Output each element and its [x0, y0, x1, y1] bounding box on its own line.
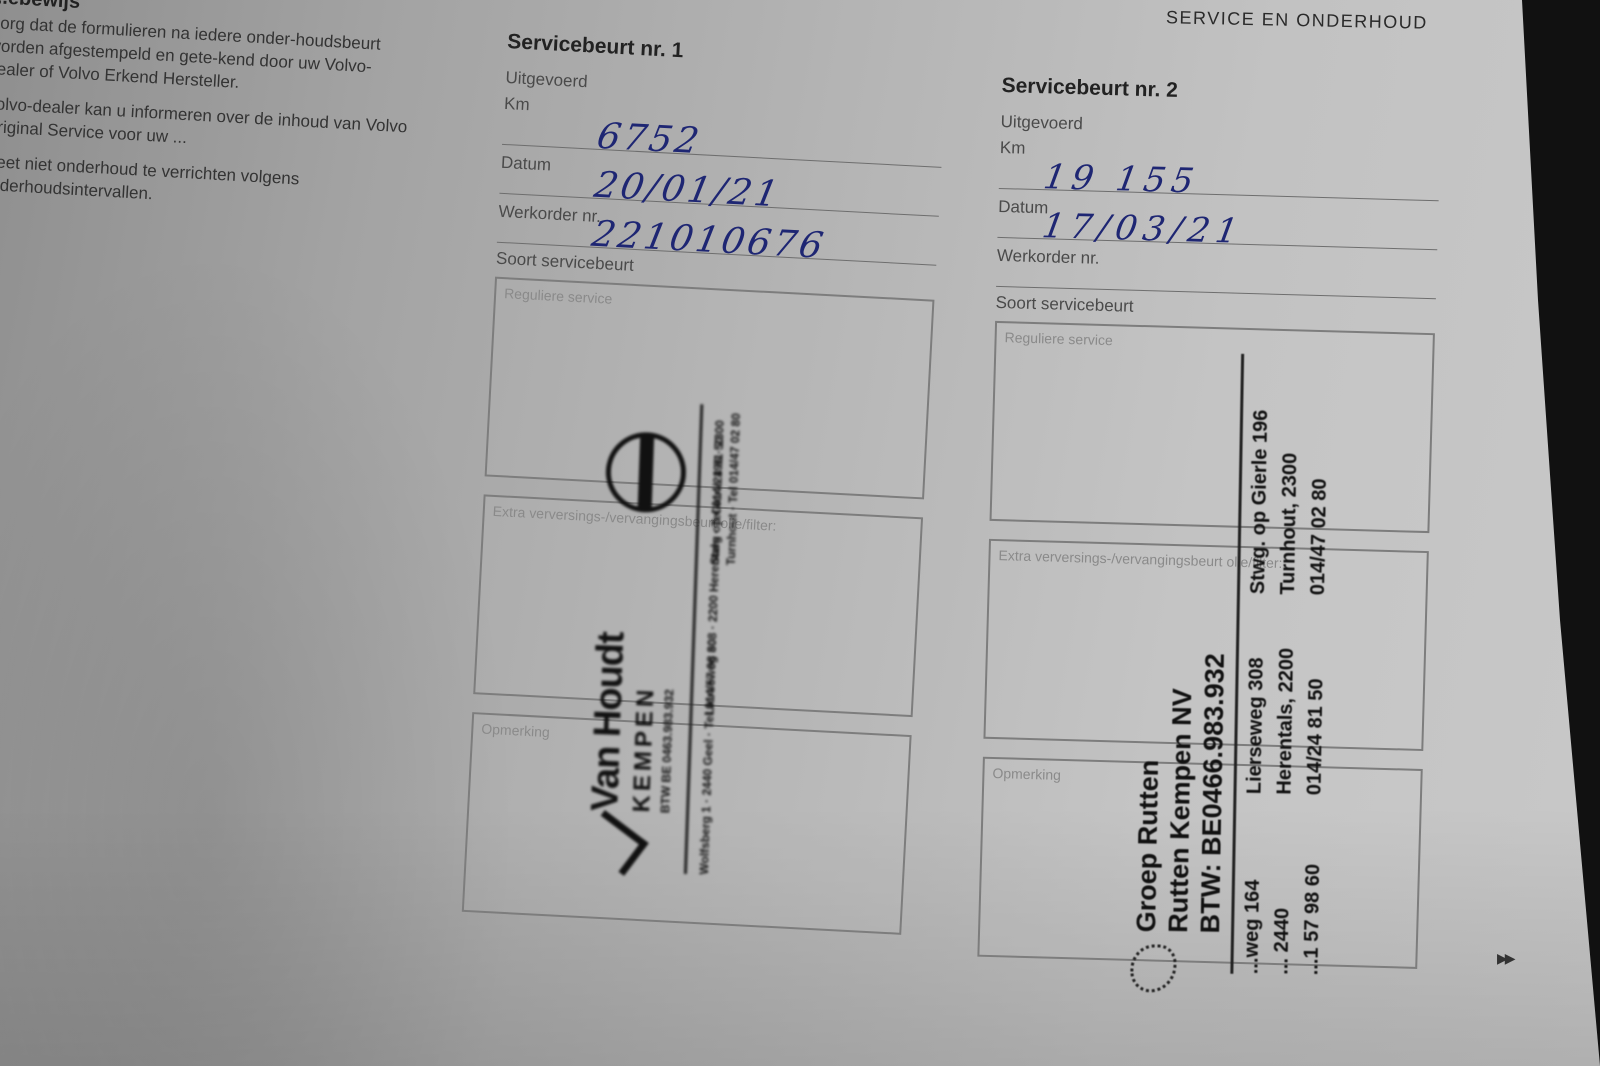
field-label-werkorder: Werkorder nr.	[498, 202, 602, 227]
paper-shadow	[0, 240, 520, 1066]
stamp-address-line: ...1 57 98 60	[1296, 864, 1328, 976]
stamp-address-column: Lierseweg 308 Herentals, 2200 014/24 81 …	[1239, 647, 1332, 795]
stamp-brand-sub: KEMPEN	[628, 685, 660, 813]
stamp-address-column: ...weg 164 ... 2440 ...1 57 98 60	[1236, 863, 1328, 976]
stamp-line: Groep Rutten	[1131, 760, 1165, 933]
stamp-brand: Van Houdt	[584, 632, 633, 812]
stamp-address-line: Turnhout, 2300	[1273, 410, 1306, 595]
field-label-uitgevoerd: Uitgevoerd	[1000, 112, 1083, 134]
intro-paragraph: ...eet niet onderhoud te verrichten volg…	[0, 150, 412, 220]
field-label-datum: Datum	[998, 197, 1049, 218]
field-label-km: Km	[1000, 138, 1026, 159]
stamp-address-line: Lierseweg 308	[1239, 647, 1272, 794]
service-booklet-page: SERVICE EN ONDERHOUD ...ebewijs Zorg dat…	[0, 0, 1600, 1066]
box-label: Reguliere service	[504, 285, 613, 307]
section-header: SERVICE EN ONDERHOUD	[1166, 7, 1428, 33]
stamp-line: BTW: BE0466.983.932	[1195, 653, 1231, 934]
field-label-uitgevoerd: Uitgevoerd	[505, 68, 588, 92]
volvo-logo-icon	[605, 431, 688, 514]
service-title: Servicebeurt nr. 1	[507, 30, 948, 77]
dealer-stamp-rutten: Groep Rutten Rutten Kempen NV BTW: BE046…	[1130, 352, 1341, 995]
checkmark-logo-icon	[580, 810, 649, 876]
stamp-vat: BTW BE 0463.983.932	[658, 689, 676, 813]
stamp-address-line: 014/24 81 50	[1299, 648, 1332, 795]
field-label-km: Km	[504, 94, 531, 115]
stamp-address-line: Stwg. op Gierle 196	[1243, 409, 1276, 594]
stamp-address-line: Herentals, 2200	[1269, 648, 1302, 795]
field-label-soort: Soort servicebeurt	[995, 293, 1435, 325]
km-field: Uitgevoerd Km 19 155	[999, 112, 1441, 201]
intro-text: ...ebewijs Zorg dat de formulieren na ie…	[0, 0, 421, 232]
field-label-datum: Datum	[501, 153, 552, 176]
service-title: Servicebeurt nr. 2	[1001, 74, 1441, 110]
dealer-stamp-van-houdt: Van Houdt KEMPEN BTW BE 0463.983.932 Wol…	[572, 400, 798, 877]
stamp-address: Stwg op Gierle 196 · 2300 Turnhout · Tel…	[707, 405, 745, 566]
intro-paragraph: Volvo-dealer kan u informeren over de in…	[0, 92, 415, 162]
stamp-address-line: 014/47 02 80	[1303, 410, 1336, 595]
double-arrow-right-icon: ▶▶	[1497, 950, 1513, 967]
stamp-line: Rutten Kempen NV	[1163, 688, 1198, 933]
box-label: Reguliere service	[1004, 329, 1113, 348]
lion-logo-icon	[1130, 944, 1177, 993]
stamp-address-column: Stwg. op Gierle 196 Turnhout, 2300 014/4…	[1243, 409, 1336, 595]
box-label: Opmerking	[481, 721, 550, 741]
stamp-address-line: ...weg 164	[1236, 863, 1268, 975]
field-label-werkorder: Werkorder nr.	[997, 246, 1100, 269]
stamp-address-line: ... 2440	[1266, 863, 1298, 975]
box-label: Opmerking	[992, 765, 1061, 783]
